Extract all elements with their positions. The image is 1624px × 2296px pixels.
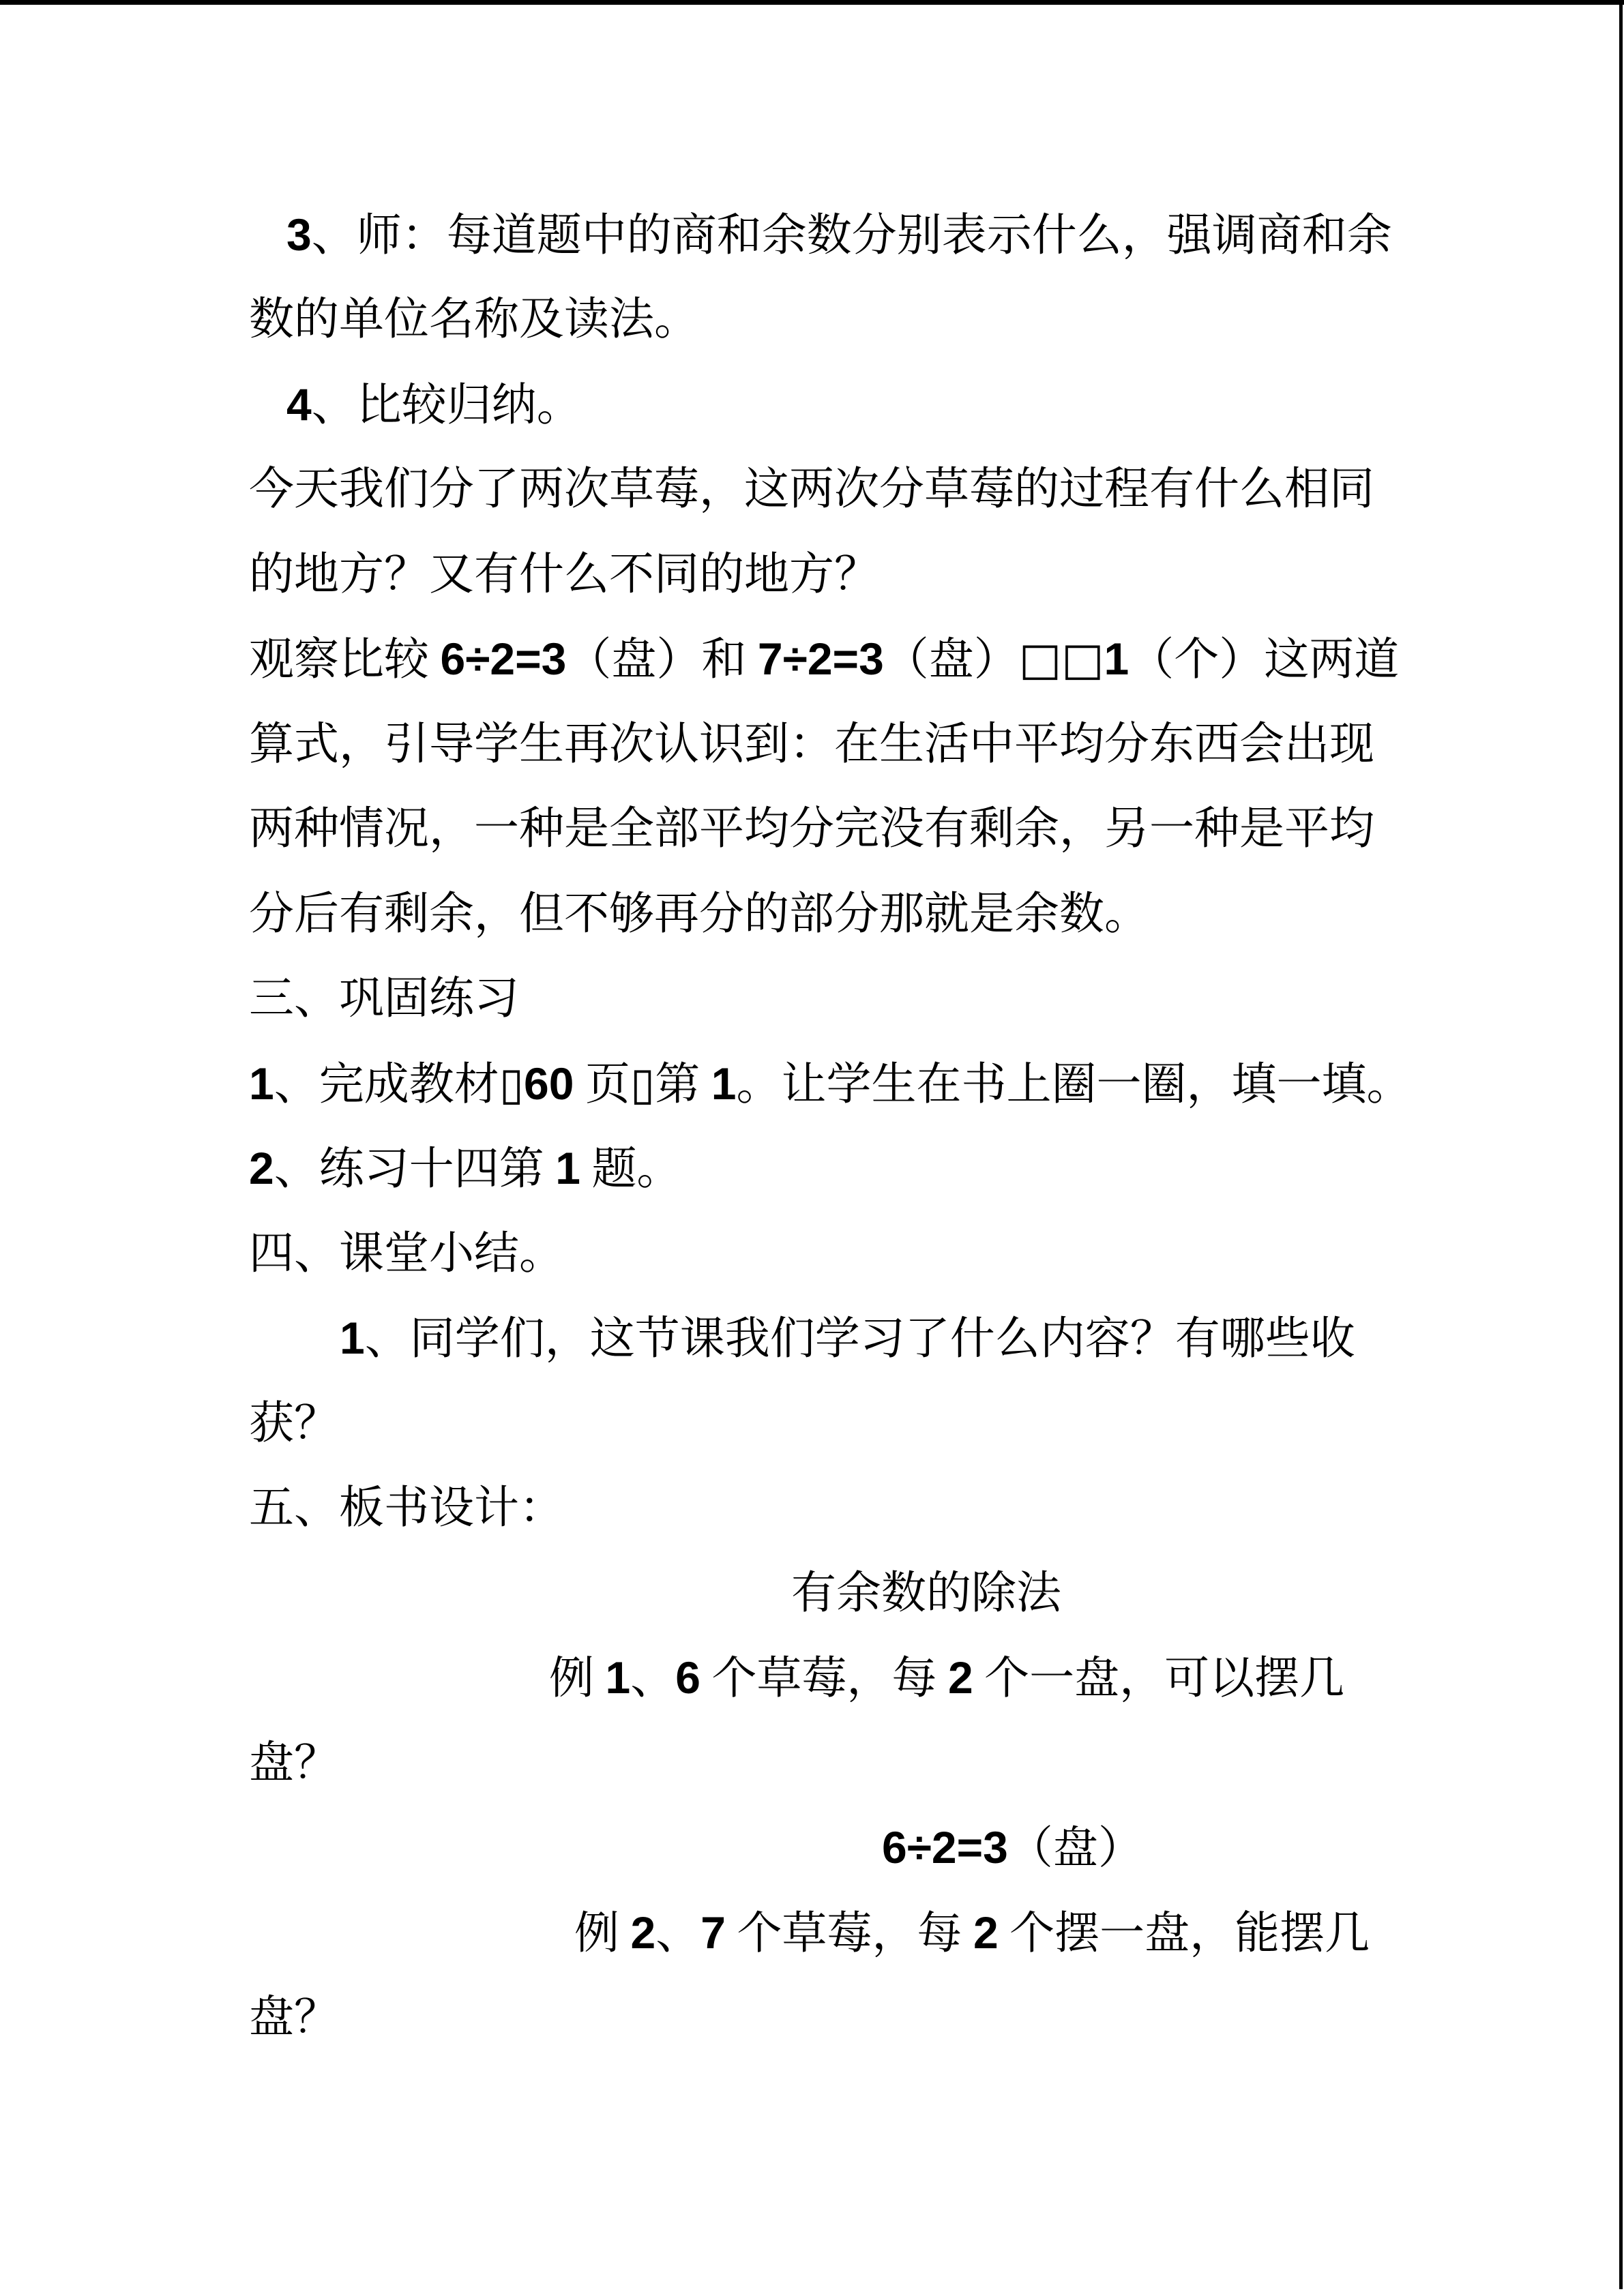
text-segment: 、师：每道题中的商和余数分别表示什么，强调商和余: [312, 211, 1392, 260]
text-segment: 四、课堂小结。: [249, 1229, 564, 1279]
text-segment: 、: [630, 1654, 675, 1703]
text-line-5: 的地方？又有什么不同的地方？: [249, 548, 879, 601]
text-segment: 1: [249, 1058, 274, 1109]
text-line-15: 获？: [249, 1397, 339, 1450]
text-segment: 两种情况，一种是全部平均分完没有剩余，另一种是平均: [249, 804, 1374, 854]
text-segment: 个草莓，每: [726, 1909, 973, 1958]
text-segment: （盘）和: [566, 635, 758, 685]
text-segment: 2: [948, 1652, 973, 1703]
text-line-16: 五、板书设计：: [249, 1481, 564, 1535]
text-line-8: 两种情况，一种是全部平均分完没有剩余，另一种是平均: [249, 802, 1374, 856]
text-line-7: 算式，引导学生再次认识到：在生活中平均分东西会出现: [249, 717, 1374, 771]
text-segment: 盘？: [249, 1993, 339, 2042]
text-segment: 个摆一盘，能摆几: [999, 1909, 1370, 1958]
text-segment: 页: [574, 1060, 630, 1109]
text-segment: （个）这两道: [1129, 635, 1399, 685]
text-line-19: 盘？: [249, 1736, 339, 1790]
text-segment: 获？: [249, 1399, 339, 1448]
text-segment: 例: [574, 1909, 631, 1958]
text-segment: 的地方？又有什么不同的地方？: [249, 550, 879, 599]
text-segment: 2: [249, 1143, 274, 1193]
text-line-18: 例 1、6 个草莓，每 2 个一盘，可以摆几: [549, 1651, 1344, 1705]
text-segment: 3: [286, 209, 312, 260]
text-line-10: 三、巩固练习: [249, 972, 519, 1026]
text-segment: 数的单位名称及读法。: [249, 295, 699, 344]
text-segment: 6÷2=3: [882, 1822, 1008, 1873]
text-line-3: 4、比较归纳。: [286, 378, 582, 432]
text-line-2: 数的单位名称及读法。: [249, 293, 699, 346]
text-segment: 题。: [580, 1144, 682, 1194]
text-segment: 4: [286, 379, 312, 430]
text-segment: 、比较归纳。: [312, 381, 582, 430]
text-line-14: 1、同学们，这节课我们学习了什么内容？有哪些收: [340, 1311, 1355, 1366]
text-segment: （盘）: [884, 635, 1019, 685]
text-segment: 三、巩固练习: [249, 974, 519, 1024]
text-line-13: 四、课堂小结。: [249, 1227, 564, 1281]
text-segment: 7÷2=3: [758, 633, 884, 684]
text-line-22: 盘？: [249, 1991, 339, 2044]
page-top-border: [0, 0, 1624, 5]
text-segment: ▯: [630, 1058, 655, 1110]
text-line-12: 2、练习十四第 1 题。: [249, 1142, 681, 1196]
text-segment: 、完成教材: [274, 1060, 499, 1109]
text-line-6: 观察比较 6÷2=3（盘）和 7÷2=3（盘）□□1（个）这两道: [249, 632, 1399, 687]
text-segment: 有余数的除法: [791, 1568, 1061, 1618]
text-segment: 。让学生在书上圈一圈，填一填。: [737, 1060, 1412, 1109]
text-segment: 1: [711, 1058, 737, 1109]
text-segment: 1: [606, 1652, 631, 1703]
text-segment: □□: [1019, 633, 1104, 685]
text-segment: 2: [631, 1907, 656, 1958]
text-segment: 、: [655, 1909, 700, 1958]
text-line-17: 有余数的除法: [791, 1566, 1061, 1620]
text-segment: 盘？: [249, 1738, 339, 1788]
text-segment: ▯: [499, 1058, 524, 1110]
text-segment: 分后有剩余，但不够再分的部分那就是余数。: [249, 889, 1149, 939]
text-segment: 6: [675, 1652, 700, 1703]
text-segment: （盘）: [1008, 1823, 1143, 1873]
text-segment: 1: [555, 1143, 580, 1193]
text-segment: 1: [1104, 633, 1130, 684]
text-segment: 个草莓，每: [700, 1654, 948, 1703]
text-segment: 6÷2=3: [441, 633, 567, 684]
text-segment: 算式，引导学生再次认识到：在生活中平均分东西会出现: [249, 719, 1374, 769]
text-segment: 个一盘，可以摆几: [973, 1654, 1345, 1703]
text-segment: 今天我们分了两次草莓，这两次分草莓的过程有什么相同: [249, 464, 1374, 514]
text-segment: 、同学们，这节课我们学习了什么内容？有哪些收: [365, 1314, 1355, 1364]
text-line-11: 1、完成教材▯60 页▯第 1。让学生在书上圈一圈，填一填。: [249, 1057, 1412, 1112]
text-line-4: 今天我们分了两次草莓，这两次分草莓的过程有什么相同: [249, 462, 1374, 516]
text-segment: 7: [700, 1907, 726, 1958]
text-segment: 例: [549, 1654, 606, 1703]
text-segment: 五、板书设计：: [249, 1483, 564, 1533]
text-segment: 、练习十四第: [274, 1144, 556, 1194]
text-line-21: 例 2、7 个草莓，每 2 个摆一盘，能摆几: [574, 1906, 1370, 1960]
text-segment: 2: [973, 1907, 999, 1958]
text-line-20: 6÷2=3（盘）: [882, 1821, 1143, 1875]
text-segment: 60: [524, 1058, 574, 1109]
text-segment: 观察比较: [249, 635, 441, 685]
text-line-9: 分后有剩余，但不够再分的部分那就是余数。: [249, 887, 1149, 941]
page-right-border: [1619, 0, 1623, 2289]
text-segment: 第: [655, 1060, 711, 1109]
text-line-1: 3、师：每道题中的商和余数分别表示什么，强调商和余: [286, 208, 1392, 263]
text-segment: 1: [340, 1313, 365, 1363]
